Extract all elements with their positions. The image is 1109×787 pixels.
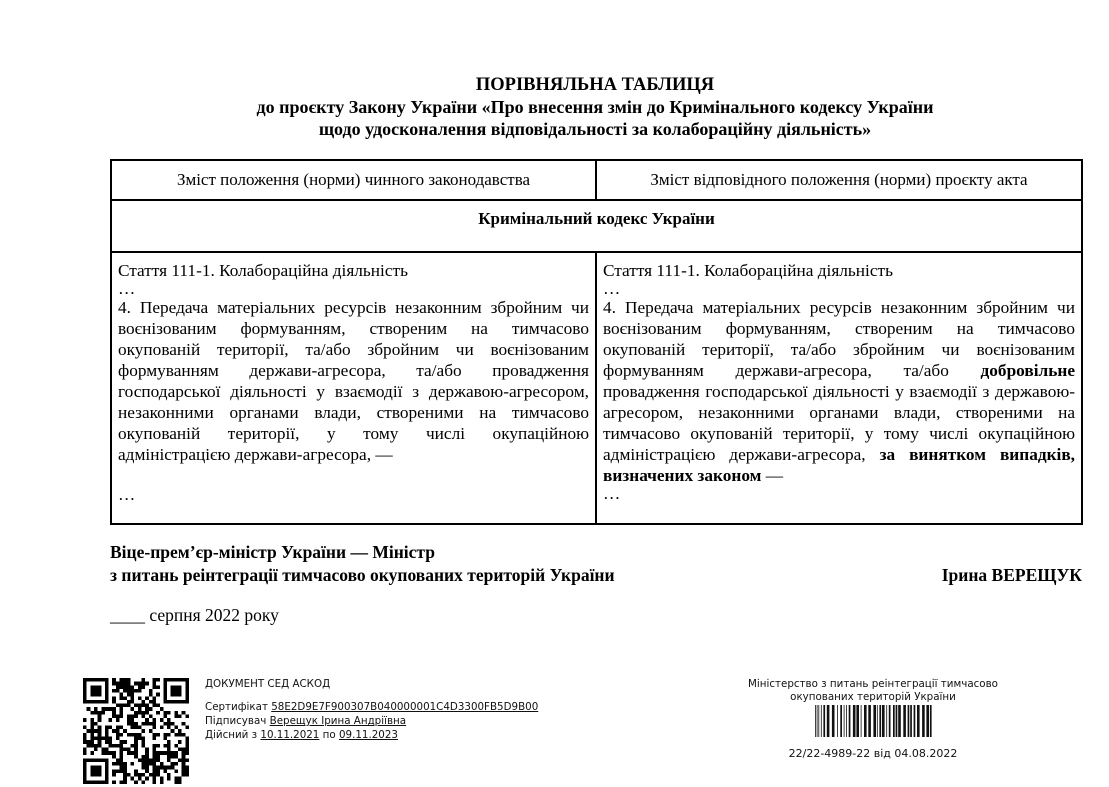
document-subtitle-line2: щодо удосконалення відповідальності за к… bbox=[0, 118, 1109, 140]
table-section-row: Кримінальний кодекс України bbox=[111, 200, 1082, 252]
valid-from-value: 10.11.2021 bbox=[260, 729, 319, 741]
certificate-label: Сертифікат bbox=[205, 701, 268, 713]
article-paragraph: 4. Передача матеріальних ресурсів незако… bbox=[603, 297, 1075, 486]
valid-to-value: 09.11.2023 bbox=[339, 729, 398, 741]
signatory-name: Ірина ВЕРЕЩУК bbox=[942, 564, 1082, 587]
registration-number: 22/22-4989-22 від 04.08.2022 bbox=[742, 747, 1004, 760]
current-law-cell: Стаття 111-1. Колабораційна діяльність …… bbox=[111, 252, 596, 524]
ellipsis: … bbox=[118, 487, 589, 503]
document-title: ПОРІВНЯЛЬНА ТАБЛИЦЯ bbox=[0, 74, 1109, 96]
ministry-line1: Міністерство з питань реінтеграції тимча… bbox=[742, 678, 1004, 691]
paragraph-text: — bbox=[761, 466, 783, 485]
document-title-block: ПОРІВНЯЛЬНА ТАБЛИЦЯ до проєкту Закону Ук… bbox=[0, 74, 1109, 140]
ellipsis: … bbox=[603, 486, 1075, 502]
qr-code-icon bbox=[82, 678, 190, 784]
amendment-insertion: добровільне bbox=[981, 361, 1075, 380]
signature-block: Віце-прем’єр-міністр України — Міністр з… bbox=[110, 541, 1082, 587]
section-title: Кримінальний кодекс України bbox=[111, 200, 1082, 252]
e-signature-stamp: ДОКУМЕНТ СЕД АСКОД Сертифікат 58E2D9E7F9… bbox=[205, 677, 538, 742]
comparison-table: Зміст положення (норми) чинного законода… bbox=[110, 159, 1083, 525]
signatory-position-line1: Віце-прем’єр-міністр України — Міністр bbox=[110, 541, 1082, 564]
ellipsis: … bbox=[118, 281, 589, 297]
registration-stamp: Міністерство з питань реінтеграції тимча… bbox=[742, 678, 1004, 760]
table-header-row: Зміст положення (норми) чинного законода… bbox=[111, 160, 1082, 200]
article-title: Стаття 111-1. Колабораційна діяльність bbox=[118, 261, 589, 281]
table-row: Стаття 111-1. Колабораційна діяльність …… bbox=[111, 252, 1082, 524]
header-current-law: Зміст положення (норми) чинного законода… bbox=[111, 160, 596, 200]
signer-value: Верещук Ірина Андріївна bbox=[270, 715, 406, 727]
e-signature-header: ДОКУМЕНТ СЕД АСКОД bbox=[205, 677, 538, 691]
valid-to-label: по bbox=[323, 729, 336, 741]
certificate-value: 58E2D9E7F900307B040000001C4D3300FB5D9B00 bbox=[271, 701, 538, 713]
header-proposed-law: Зміст відповідного положення (норми) про… bbox=[596, 160, 1082, 200]
signer-label: Підписувач bbox=[205, 715, 266, 727]
article-title: Стаття 111-1. Колабораційна діяльність bbox=[603, 261, 1075, 281]
signatory-position-line2: з питань реінтеграції тимчасово окупован… bbox=[110, 564, 615, 587]
article-paragraph: 4. Передача матеріальних ресурсів незако… bbox=[118, 297, 589, 465]
valid-from-label: Дійсний з bbox=[205, 729, 257, 741]
signature-date: ____ серпня 2022 року bbox=[110, 605, 279, 626]
document-subtitle-line1: до проєкту Закону України «Про внесення … bbox=[0, 96, 1109, 118]
proposed-law-cell: Стаття 111-1. Колабораційна діяльність …… bbox=[596, 252, 1082, 524]
ellipsis: … bbox=[603, 281, 1075, 297]
barcode-icon bbox=[813, 705, 933, 737]
ministry-line2: окупованих територій України bbox=[742, 691, 1004, 704]
